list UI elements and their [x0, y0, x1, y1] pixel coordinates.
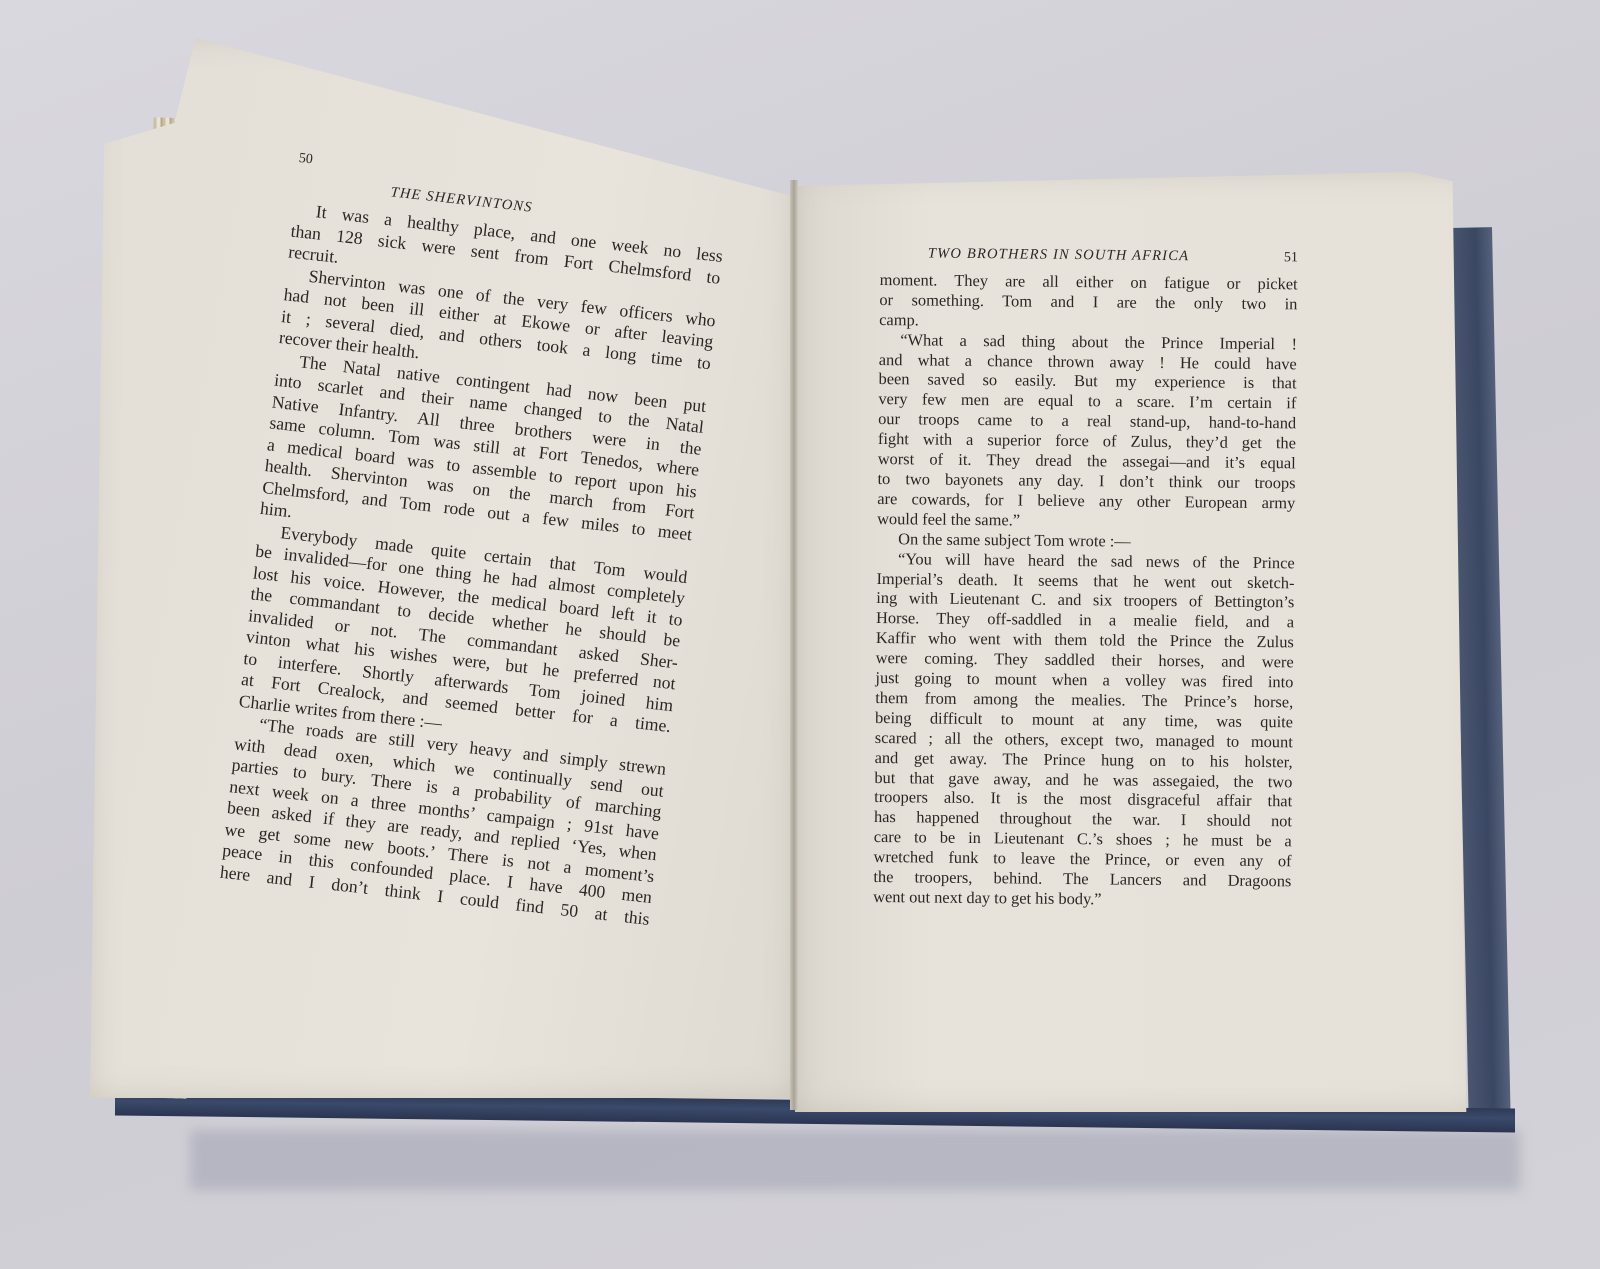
right-running-title: TWO BROTHERS IN SOUTH AFRICA [928, 245, 1189, 268]
book-gutter [790, 180, 798, 1110]
right-body: moment. They are all either on fatigue o… [873, 270, 1298, 911]
right-page-number: 51 [1284, 248, 1298, 268]
right-running-head: TWO BROTHERS IN SOUTH AFRICA 51 [880, 244, 1298, 268]
left-page-number: 50 [298, 148, 314, 171]
right-page-text: TWO BROTHERS IN SOUTH AFRICA 51 moment. … [873, 244, 1298, 911]
left-body: It was a healthy place, and one week no … [219, 199, 724, 930]
left-page-text: 50 THE SHERVINTONS It was a healthy plac… [219, 148, 729, 930]
book-shadow [190, 1130, 1520, 1190]
photo-scene: 50 THE SHERVINTONS It was a healthy plac… [0, 0, 1600, 1269]
